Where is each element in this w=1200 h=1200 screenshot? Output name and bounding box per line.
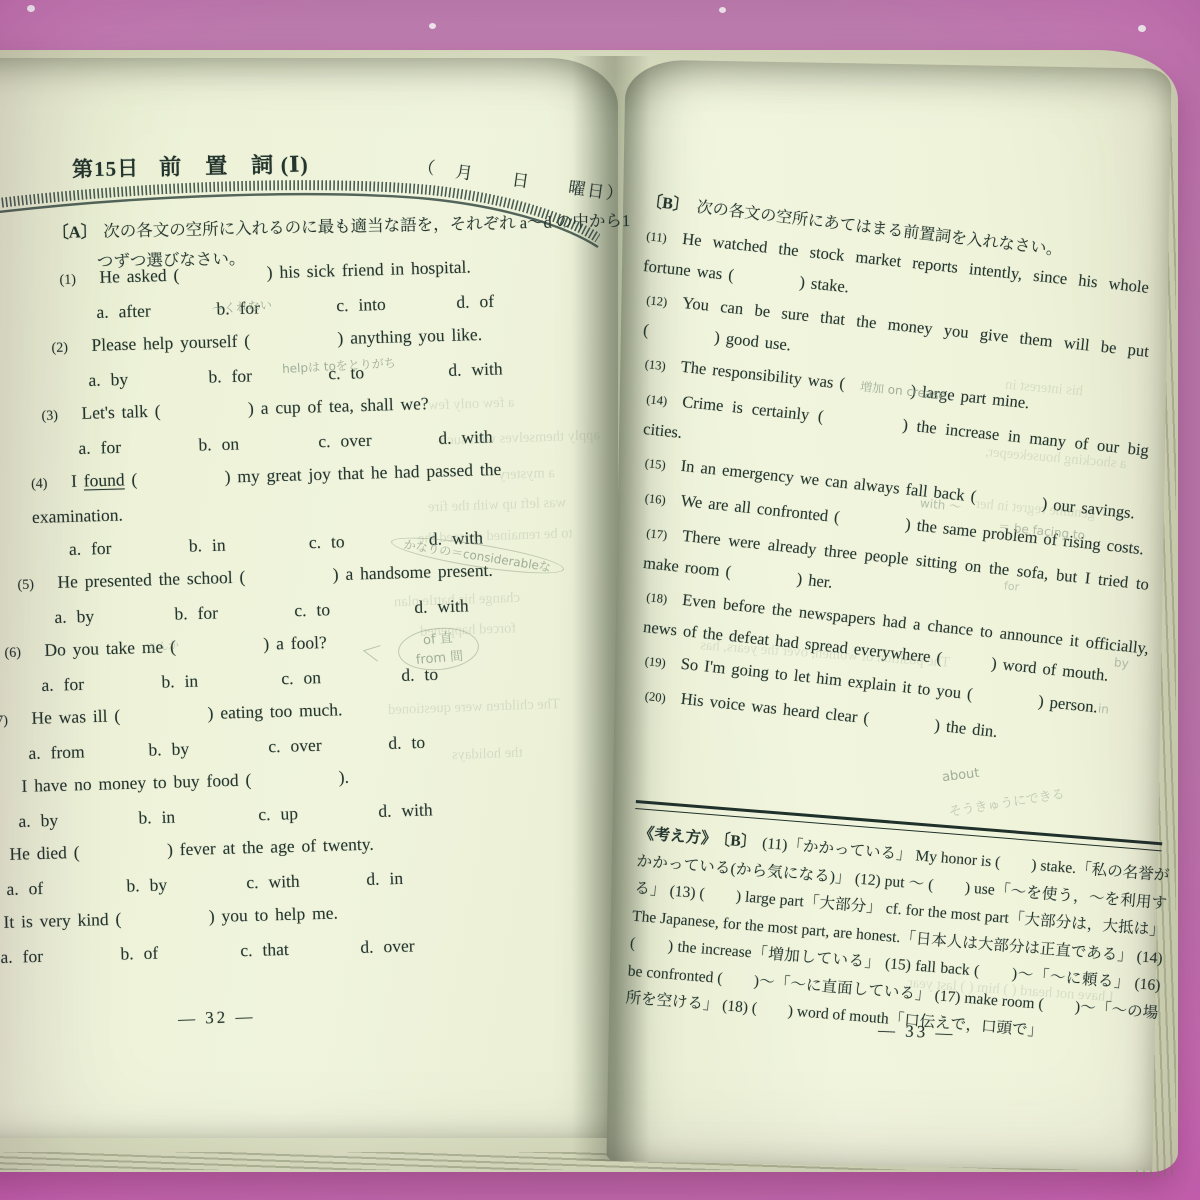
option-item: c.to [294,591,415,627]
question-stem: I have no money to buy food ( ). [21,767,349,796]
left-page-number: — 32 — [178,1007,256,1030]
option-item: c.over [268,727,389,763]
question-number: (8) [0,772,22,806]
lesson-day: 第15日 [72,156,139,181]
option-item: c.up [258,795,379,831]
option-key: b. [120,943,134,963]
option-item: c.with [246,863,367,899]
option-item: a.by [18,802,139,838]
option-item: a.for [0,938,121,974]
option-item: c.on [281,659,402,695]
option-item: c.that [240,931,361,967]
option-item: d.in [366,862,404,896]
section-b-questions: (11)He watched the stock market reports … [645,220,1150,715]
option-key: b. [174,603,188,623]
option-item: b.in [188,526,309,562]
left-page-header: 第15日 前 置 詞 (Ⅰ) [72,148,309,184]
explanation-section-label: 〔B〕 [722,832,757,852]
option-item: d.over [360,929,415,964]
option-item: a.by [54,598,175,634]
question-number: (20) [643,682,682,715]
option-item: a.for [41,666,162,702]
option-item: a.after [96,293,217,329]
option-key: c. [268,736,281,756]
dust-speck [429,23,436,29]
option-item: a.for [78,429,199,465]
option-key: d. [388,733,402,753]
option-key: c. [336,295,349,315]
question-number: (13) [643,350,682,383]
question-number: (7) [0,704,32,738]
option-key: b. [161,671,175,691]
option-key: a. [28,743,41,763]
option-key: d. [414,597,428,617]
option-item: b.by [126,866,247,902]
option-key: a. [78,438,91,458]
question-number: (18) [645,583,684,616]
option-key: d. [438,428,452,448]
option-item: c.into [336,286,457,322]
option-key: a. [41,675,54,695]
option-key: c. [258,804,271,824]
question-number: (12) [645,286,684,319]
option-item: b.by [148,730,269,766]
option-item: b.in [161,662,282,698]
option-key: a. [0,947,13,967]
question-number: (15) [643,449,682,482]
book-photo: a few only fewapply themselves with such… [0,0,1200,1200]
option-item: d.with [414,589,469,624]
question-number: (14) [645,385,684,418]
question-stem: He presented the school ( ) a handsome p… [57,560,493,592]
option-item: b.on [198,425,319,461]
option-item: a.by [88,361,209,397]
option-key: c. [294,600,307,620]
question-stem: It is very kind ( ) you to help me. [3,903,338,932]
pencil-annotation: in [1097,701,1109,716]
question-stem: Let's talk ( ) a cup of tea, shall we? [81,393,429,423]
option-key: b. [189,535,203,555]
question-number: (2) [51,331,92,365]
question-number: (5) [17,568,58,602]
option-item: b.in [138,798,259,834]
option-key: a. [6,879,19,899]
option-item: b.for [174,594,295,630]
option-item: a.from [28,734,149,770]
option-key: a. [18,811,31,831]
pencil-annotation: for [1003,579,1019,594]
question-number: (3) [41,399,82,433]
option-item: b.of [120,934,241,970]
option-item: a.of [6,870,127,906]
option-item: d.with [448,352,503,387]
option-key: c. [281,668,294,688]
option-key: c. [318,431,331,451]
option-item: d.of [456,285,495,319]
question-stem: I found ( ) my great joy that he had pas… [32,459,509,527]
option-key: b. [126,875,140,895]
question-number: (11) [645,222,684,255]
question-stem: He asked ( ) his sick friend in hospital… [99,257,471,287]
option-key: d. [448,360,462,380]
explanation-body: (11)「かかっている」 My honor is ( ) stake.「私の名誉… [625,835,1170,1040]
question-row: (10)It is very kind ( ) you to help me.a… [0,890,561,975]
option-item: d.to [388,726,426,760]
dust-speck [719,7,726,13]
pencil-annotation: さんか [145,636,179,655]
option-key: c. [246,872,259,892]
answer-options: a.forb.ofc.thatd.over [0,925,561,975]
right-page-number: — 33 — [878,1020,956,1043]
option-key: c. [309,532,322,552]
option-key: d. [401,665,415,685]
option-item: c.over [318,422,439,458]
option-key: b. [208,366,222,386]
dust-speck [1138,25,1146,32]
option-item: d.with [378,793,433,828]
option-key: d. [366,869,380,889]
option-key: d. [456,292,470,312]
dust-speck [27,5,35,12]
question-stem: Do you take me ( ) a fool? [44,632,327,660]
option-key: a. [96,302,109,322]
question-number: (17) [645,519,684,552]
question-stem: Please help yourself ( ) anything you li… [91,324,482,355]
option-key: a. [88,370,101,390]
section-b-label: 〔B〕 [645,193,689,215]
option-key: c. [240,940,253,960]
question-number: (1) [59,263,100,297]
explanation-heading: 《考え方》 [638,825,717,848]
question-number: (6) [4,636,45,670]
option-key: b. [148,739,162,759]
option-key: d. [378,801,392,821]
option-key: d. [360,937,374,957]
question-stem: He was ill ( ) eating too much. [31,699,342,728]
pencil-annotation: by [1113,655,1129,670]
option-key: a. [54,607,67,627]
option-key: b. [198,434,212,454]
question-number: (19) [643,647,682,680]
option-item: d.with [438,420,493,455]
option-item: a.for [68,530,189,566]
question-stem: He watched the stock market reports inte… [642,229,1156,298]
section-a-label: 〔A〕 [52,222,97,242]
question-stem: He died ( ) fever at the age of twenty. [9,834,374,864]
question-number: (16) [643,484,682,517]
lesson-title: 前 置 詞 (Ⅰ) [159,152,309,180]
option-key: a. [69,539,82,559]
option-key: b. [138,807,152,827]
question-number: (4) [31,467,72,501]
